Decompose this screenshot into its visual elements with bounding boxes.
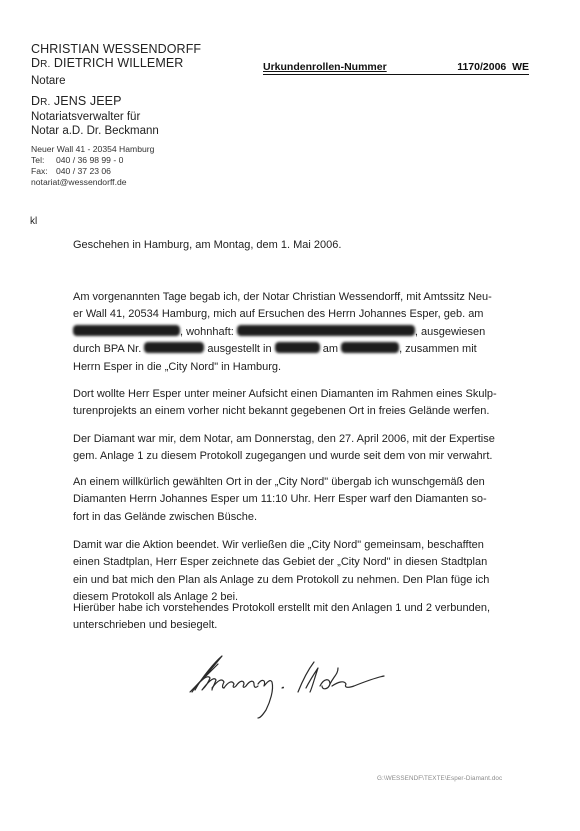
text-fragment: ausgestellt in xyxy=(204,343,274,355)
deed-number-line: Urkundenrollen-Nummer 1170/2006 WE xyxy=(263,61,529,75)
redaction-address xyxy=(237,325,415,336)
text-line: Damit war die Aktion beendet. Wir verlie… xyxy=(73,537,513,554)
letterhead: CHRISTIAN WESSENDORFF DR. DIETRICH WILLE… xyxy=(31,42,201,188)
text-line: Diamanten Herrn Johannes Esper um 11:10 … xyxy=(73,491,513,508)
address: Neuer Wall 41 - 20354 Hamburg xyxy=(31,144,201,155)
contact-block: Neuer Wall 41 - 20354 Hamburg Tel:040 / … xyxy=(31,144,201,188)
title-prefix-smallcaps: R. xyxy=(40,97,50,108)
text-line: er Wall 41, 20534 Hamburg, mich auf Ersu… xyxy=(73,306,513,323)
redaction-birth xyxy=(73,325,180,336)
text-fragment: am xyxy=(320,343,341,355)
notary-name-1: CHRISTIAN WESSENDORFF xyxy=(31,42,201,56)
name-text: JENS JEEP xyxy=(50,94,121,108)
fax: Fax:040 / 37 23 06 xyxy=(31,166,201,177)
intro-line: Geschehen in Hamburg, am Montag, dem 1. … xyxy=(73,237,513,254)
paragraph-5: Damit war die Aktion beendet. Wir verlie… xyxy=(73,537,513,607)
fax-label: Fax: xyxy=(31,166,56,177)
notaries-role: Notare xyxy=(31,74,201,88)
notary3-role-line1: Notariatsverwalter für xyxy=(31,110,201,124)
text-line: fort in das Gelände zwischen Büsche. xyxy=(73,509,513,526)
phone: Tel:040 / 36 98 99 - 0 xyxy=(31,155,201,166)
reference-initials: kl xyxy=(30,216,37,227)
redaction-passport xyxy=(144,342,204,353)
paragraph-3: Der Diamant war mir, dem Notar, am Donne… xyxy=(73,431,513,466)
text-line: einen Stadtplan, Herr Esper zeichnete da… xyxy=(73,554,513,571)
text-line: Am vorgenannten Tage begab ich, der Nota… xyxy=(73,289,513,306)
text-fragment: , wohnhaft: xyxy=(180,326,237,338)
notary-name-2: DR. DIETRICH WILLEMER xyxy=(31,56,201,72)
intro-text: Geschehen in Hamburg, am Montag, dem 1. … xyxy=(73,237,513,254)
file-path-footer: G:\WESSENDF\TEXTE\Esper-Diamant.doc xyxy=(377,775,502,782)
text-line: Hierüber habe ich vorstehendes Protokoll… xyxy=(73,600,513,617)
text-line: Der Diamant war mir, dem Notar, am Donne… xyxy=(73,431,513,448)
text-line: , wohnhaft: , ausgewiesen xyxy=(73,324,513,341)
text-line: unterschrieben und besiegelt. xyxy=(73,617,513,634)
email: notariat@wessendorff.de xyxy=(31,177,201,188)
text-line: gem. Anlage 1 zu diesem Protokoll zugega… xyxy=(73,448,513,465)
signature-icon xyxy=(170,652,430,722)
paragraph-6: Hierüber habe ich vorstehendes Protokoll… xyxy=(73,600,513,635)
redaction-date xyxy=(341,342,399,353)
text-line: turenprojekts an einem vorher nicht beka… xyxy=(73,403,513,420)
notary3-role-line2: Notar a.D. Dr. Beckmann xyxy=(31,124,201,138)
title-prefix: D xyxy=(31,94,40,108)
phone-label: Tel: xyxy=(31,155,56,166)
paragraph-1: Am vorgenannten Tage begab ich, der Nota… xyxy=(73,289,513,376)
phone-number: 040 / 36 98 99 - 0 xyxy=(56,155,123,165)
deed-number-label: Urkundenrollen-Nummer xyxy=(263,61,387,74)
text-line: Herrn Esper in die „City Nord" in Hambur… xyxy=(73,359,513,376)
text-line: Dort wollte Herr Esper unter meiner Aufs… xyxy=(73,386,513,403)
paragraph-4: An einem willkürlich gewählten Ort in de… xyxy=(73,474,513,526)
text-fragment: , ausgewiesen xyxy=(415,326,485,338)
text-fragment: , zusammen mit xyxy=(399,343,477,355)
paragraph-2: Dort wollte Herr Esper unter meiner Aufs… xyxy=(73,386,513,421)
fax-number: 040 / 37 23 06 xyxy=(56,166,111,176)
title-prefix-smallcaps: R. xyxy=(40,59,50,70)
notary-name-3: DR. JENS JEEP xyxy=(31,94,201,110)
text-fragment: durch BPA Nr. xyxy=(73,343,144,355)
text-line: An einem willkürlich gewählten Ort in de… xyxy=(73,474,513,491)
text-line: durch BPA Nr. ausgestellt in am , zusamm… xyxy=(73,341,513,358)
title-prefix: D xyxy=(31,56,40,70)
text-line: ein und bat mich den Plan als Anlage zu … xyxy=(73,572,513,589)
redaction-city xyxy=(275,342,320,353)
name-text: DIETRICH WILLEMER xyxy=(50,56,183,70)
deed-number-value: 1170/2006 WE xyxy=(457,61,529,74)
